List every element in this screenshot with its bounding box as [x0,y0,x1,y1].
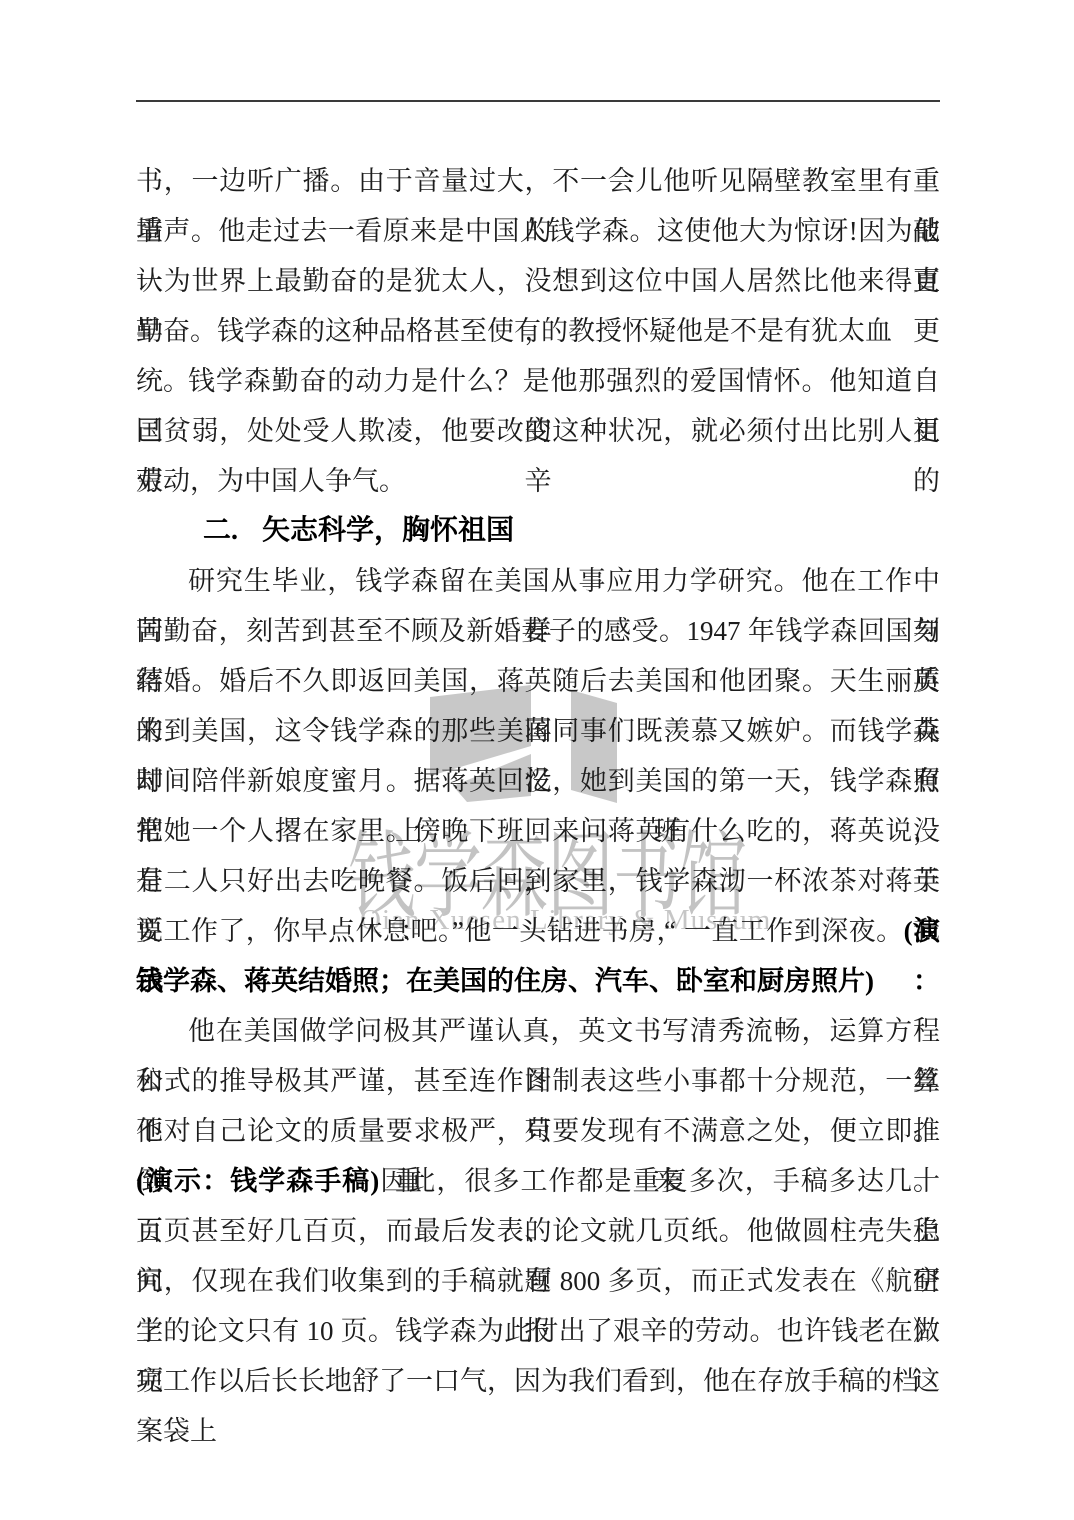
text-run: 要工作了，你早点休息吧。”他一头钻进书房，一直工作到深夜。 [136,916,904,946]
paragraph-3: 研究生毕业，钱学森留在美国从事应用力学研究。他在工作中同样刻苦勤奋，刻苦到甚至不… [136,556,940,1006]
paragraph-2: 钱学森勤奋的动力是什么？是他那强烈的爱国情怀。他知道自己的祖国贫弱，处处受人欺凌… [136,356,940,506]
text-line: 是二人只好出去吃晚餐。饭后回到家里，钱学森沏一杯浓茶对蒋英说：“我 [136,856,940,906]
text-run: 劳动，为中国人争气。 [136,466,406,496]
text-line: 墙声。他走过去一看原来是中国人钱学森。这使他大为惊讶!因为他一直 [136,206,940,256]
text-line: 研究生毕业，钱学森留在美国从事应用力学研究。他在工作中同样刻 [136,556,940,606]
text-line: 钱学森、蒋英结婚照；在美国的住房、汽车、卧室和厨房照片) [136,956,940,1006]
text-line: 项工作以后长长地舒了一口气，因为我们看到，他在存放手稿的档案袋上 [136,1356,940,1406]
paragraph-4: 他在美国做学问极其严谨认真，英文书写清秀流畅，运算方程和计算公式的推导极其严谨，… [136,1006,940,1406]
text-line: 书，一边听广播。由于音量过大，不一会儿他听见隔壁教室里有重重的敲 [136,156,940,206]
text-line: 究，仅现在我们收集到的手稿就有 800 多页，而正式发表在《航空学报》 [136,1256,940,1306]
text-line: 时间陪伴新娘度蜜月。据蒋英回忆，她到美国的第一天，钱学森照常上班， [136,756,940,806]
text-line: 他对自己论文的质量要求极严，只要发现有不满意之处，便立即推倒重来。 [136,1106,940,1156]
bold-run: 钱学森、蒋英结婚照；在美国的住房、汽车、卧室和厨房照片) [136,966,874,996]
heading-number: 二. [203,515,238,546]
paragraph-1: 书，一边听广播。由于音量过大，不一会儿他听见隔壁教室里有重重的敲墙声。他走过去一… [136,156,940,356]
header-rule [136,100,940,102]
text-line: 苦勤奋，刻苦到甚至不顾及新婚妻子的感受。1947 年钱学森回国与蒋英 [136,606,940,656]
document-body: 书，一边听广播。由于音量过大，不一会儿他听见隔壁教室里有重重的敲墙声。他走过去一… [136,156,940,1406]
bold-run: (演示：钱学森手稿) [136,1166,379,1196]
document-page: 钱学森图书馆 Qian Xuesen Library & Museum 书，一边… [0,0,1074,1520]
text-line: (演示：钱学森手稿)因此，很多工作都是重复多次，手稿多达几十页、上 [136,1156,940,1206]
text-line: 公式的推导极其严谨，甚至连作图制表这些小事都十分规范，一丝不苟。 [136,1056,940,1106]
text-line: 结婚。婚后不久即返回美国，蒋英随后去美国和他团聚。天生丽质的蒋英 [136,656,940,706]
text-line: 勤奋。钱学森的这种品格甚至使有的教授怀疑他是不是有犹太血统。 [136,306,940,356]
text-line: 他在美国做学问极其严谨认真，英文书写清秀流畅，运算方程和计算 [136,1006,940,1056]
text-line: 百页甚至好几百页，而最后发表的论文就几页纸。他做圆柱壳失稳问题研 [136,1206,940,1256]
text-line: 国贫弱，处处受人欺凌，他要改变这种状况，就必须付出比别人更艰辛的 [136,406,940,456]
text-line: 上的论文只有 10 页。钱学森为此付出了艰辛的劳动。也许钱老在做完这 [136,1306,940,1356]
text-line: 要工作了，你早点休息吧。”他一头钻进书房，一直工作到深夜。(演示： [136,906,940,956]
text-line: 钱学森勤奋的动力是什么？是他那强烈的爱国情怀。他知道自己的祖 [136,356,940,406]
section-heading: 二.矢志科学，胸怀祖国 [136,506,940,556]
text-line: 认为世界上最勤奋的是犹太人，没想到这位中国人居然比他来得更早，更 [136,256,940,306]
text-line: 来到美国，这令钱学森的那些美国同事们既羡慕又嫉妒。而钱学森却没有 [136,706,940,756]
heading-title: 矢志科学，胸怀祖国 [262,515,514,546]
text-line: 把她一个人撂在家里。傍晚下班回来问蒋英有什么吃的，蒋英说没有，于 [136,806,940,856]
